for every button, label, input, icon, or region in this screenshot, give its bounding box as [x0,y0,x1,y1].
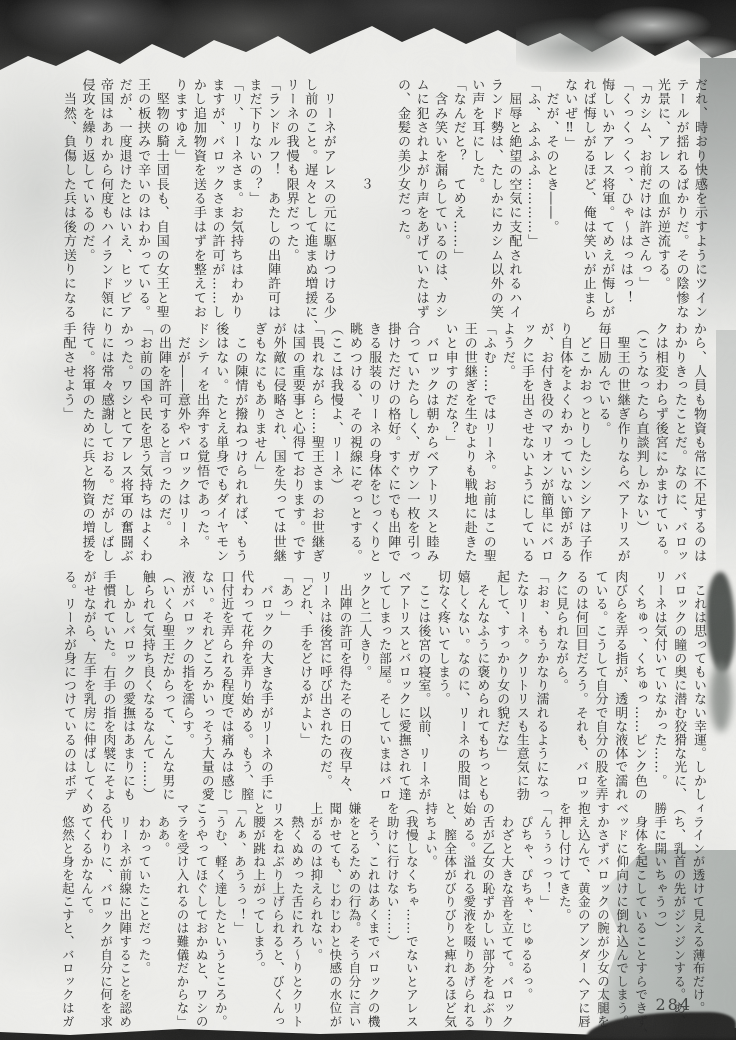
text-column: 「お前の国や民を思う気持ちはよくわ [135,322,154,570]
text-column: めてくるかなんて。 [77,802,96,1030]
text-column: と、膣全体がびりびりと痺れるほど気 [440,802,459,1030]
text-column: 聖王の世継ぎ作りならベアトリスが [612,322,631,570]
text-column: し前のこと。遅々として進まぬ増援に、 [300,78,319,326]
text-column: かし追加物資を送る手はずを整えてお [188,78,207,326]
text-column: 眺めつける、その視線にぞっとする。 [345,322,364,570]
text-column: そんなふうに褒められてもちっとも [472,570,492,802]
text-band-3: これは思ってもいない幸運。しかしバロックの瞳の奥に潜む狡猾な光に、リーネは気付い… [58,570,708,802]
text-column: 「カシム、お前だけは許さんっ」 [634,78,653,326]
text-column: い声を耳にした。 [467,78,486,326]
text-column: ようだ。 [498,322,517,570]
text-band-1: だれ、時おり快感を示すようにツインテールが揺れるばかりだ。その陰惨な光景に、アレ… [58,78,708,326]
text-column: 手慣れていた。右手の指を肉襞にそよ [98,570,118,802]
text-column: こうやってほぐしておかぬと、ワシの [192,802,211,1030]
text-column: 液がバロックの指を濡らす。 [176,570,196,802]
text-column: 出陣の許可を得たその日の夜早々、 [334,570,354,802]
text-column: 口付近を弄られる程度では痛みは感じ [216,570,236,802]
text-column: どこかおっとりしたシンシアは子作 [574,322,593,570]
text-column: 王の世継ぎを生むよりも戦地に赴きた [460,322,479,570]
text-column: 帝国はあれから何度もハイランド領に [95,78,114,326]
text-column: り自体をよくわかっていない節がある [555,322,574,570]
text-column: 「ランドルフ！ あたしの出陣許可は [263,78,282,326]
text-column: 肉びらを弄る指が、透明な液体で濡れ [610,570,630,802]
text-column: がせながら、左手を乳房に伸ばしてく [78,570,98,802]
text-column: りますゆえ」 [170,78,189,326]
text-column: だが、一度退けたとはいえ、ヒッピア [114,78,133,326]
text-column: 合っていたらしく、ガウン一枚を引っ [402,322,421,570]
text-column: 掛けただけの格好。すぐにでも出陣で [383,322,402,570]
text-column: 侵攻を繰り返しているのだ。 [77,78,96,326]
text-column: バロックの瞳の奥に潜む狡猾な光に、 [669,570,689,802]
text-column: 熱くぬめった舌にれろ〜りとクリト [288,802,307,1030]
right-edge-soft-blot [710,662,732,732]
text-band-4: ィラインが透けて見える薄布だけ。（ち、乳首の先がジンジンする。あ、勝手に開いちゃ… [58,802,708,1030]
text-column: ぎもなにもありません」 [249,322,268,570]
text-column: 屈辱と絶望の空気に支配されるハイ [504,78,523,326]
text-column: リーネが前線に出陣することを認め [116,802,135,1030]
page-number: 284 [655,995,692,1014]
text-column: 悔しいかアレス将軍。てめえが悔しが [597,78,616,326]
text-column: マラを受け入れるのは難儀だからな」 [173,802,192,1030]
text-column: リーネは気付いていなかった……。 [649,570,669,802]
text-column: バロックの大きな手がリーネの手に [255,570,275,802]
text-column: るのは何回目だろう。それも、バロッ [570,570,590,802]
text-column: の舌が乙女の恥ずかしい部分をねぶり [479,802,498,1030]
text-column: まだ下りないの？」 [244,78,263,326]
text-column: 含み笑いを漏らしているのは、カシ [430,78,449,326]
text-column: を押し付けてきた。 [555,802,574,1030]
text-column: わかっていたことだった。 [135,802,154,1030]
text-column: ムに犯されよがり声をあげていたはず [411,78,430,326]
text-column: 「うむ、軽く達したというところか。 [211,802,230,1030]
text-column [337,78,356,326]
text-column: この陳情が撥ねつけられれば、もう [230,322,249,570]
text-column: を助けに行けない……） [383,802,402,1030]
text-column: 「んぁ、あうぅっ！」 [230,802,249,1030]
text-column [374,78,393,326]
text-column: ックに手を出させないようにしている [517,322,536,570]
text-column: これは思ってもいない幸運。しかし [688,570,708,802]
text-column: る。リーネが身につけているのはボデ [58,570,78,802]
text-column: クは相変わらず後宮にかまけている。 [651,322,670,570]
text-column: テールが揺れるばかりだ。その陰惨な [671,78,690,326]
text-column: きる服装のリーネの身体をじっくりと [364,322,383,570]
text-column: 上がるのは抑えられない。 [307,802,326,1030]
text-column: わかりきったことだ。なのに、バロッ [670,322,689,570]
text-column: 「くっくっくっ、ひゃ〜はっはっ！ [615,78,634,326]
text-column: ますが、バロックさまの許可が……し [207,78,226,326]
text-column: 「ふ、ふふふふ…………」 [522,78,541,326]
text-column: だが、そのとき――。 [541,78,560,326]
text-column: （ここは我慢よ、リーネ） [326,322,345,570]
text-column: りには常々感謝しておる。だがしばし [97,322,116,570]
text-column: いと申すのだな？」 [440,322,459,570]
text-column: 抱え込んで、黄金のアンダーヘアに唇 [574,802,593,1030]
text-column: ないぜ‼」 [560,78,579,326]
text-column: リーネがアレスの元に駆けつける少 [318,78,337,326]
text-column: ドシティを出奔する覚悟であった。 [192,322,211,570]
text-column: 当然、負傷した兵は後方送りになる [58,78,77,326]
text-column: リーネの我慢も限界だった。 [281,78,300,326]
text-column: が外敵に侵略され、国を失っては世継 [268,322,287,570]
text-column: 「ふむ……ではリーネ。お前はこの聖 [479,322,498,570]
top-torn-edge [0,0,736,80]
text-column: 堅物の騎士団長も、自国の女王と聖 [151,78,170,326]
right-edge-dark-blot [707,572,735,672]
text-column: 「畏れながら……聖王さまのお世継ぎ [307,322,326,570]
text-column: が、お付き役のマリオンが簡単にバロ [536,322,555,570]
text-column: くちゅっ、くちゅっ……ピンク色の [629,570,649,802]
text-column: クに見られながら。 [551,570,571,802]
text-column: 切なく疼いてしまう。 [432,570,452,802]
text-column: 毎日励んでいる。 [593,322,612,570]
text-column: 身体を起こしていることすらできず、 [632,802,651,1030]
text-column: だが――意外やバロックはリーネ [173,322,192,570]
text-column: （こうなったら直談判しかない） [632,322,651,570]
text-column: ックと二人きり。 [354,570,374,802]
text-column: ここは後宮の寝室。以前、リーネが [413,570,433,802]
text-column: 「なんだと？ てめえ……」 [448,78,467,326]
text-column: 待て。将軍のために兵と物資の増援を [77,322,96,570]
text-column: 光景に、アレスの血が逆流する。 [652,78,671,326]
text-column: 聞かせても、じわじわと快感の水位が [326,802,345,1030]
text-column: すかさずバロックの腕が少女の太腿を [593,802,612,1030]
text-column: （我慢しなくちゃ……でないとアレス [402,802,421,1030]
text-column: ああ。 [154,802,173,1030]
text-column: の、金髪の美少女だった。 [392,78,411,326]
text-column: 始める。溢れる愛液を啜りあげられる [460,802,479,1030]
text-column: 起して、すっかり女の貌だな」 [491,570,511,802]
text-column: してしまった部屋。そしていまはバロ [373,570,393,802]
text-column: たなリーネ。クリトリスも生意気に勃 [511,570,531,802]
text-column: バロックは朝からベアトリスと睦み [421,322,440,570]
text-column: から、人員も物資も常に不足するのは [689,322,708,570]
text-column: 後はない。たとえ単身でもダイヤモン [211,322,230,570]
text-column: の出陣を許可すると言ったのだ。 [154,322,173,570]
text-column: ている。こうして自分で自分の股を弄 [590,570,610,802]
text-column: 「おぉ、もうかなり濡れるようになっ [531,570,551,802]
text-column: 「あっ」 [275,570,295,802]
text-column: れば悔しがるほど、俺は笑いが止まら [578,78,597,326]
text-band-2: から、人員も物資も常に不足するのはわかりきったことだ。なのに、バロックは相変わら… [58,322,708,570]
text-column: リーネは後宮に呼び出されたのだ。 [314,570,334,802]
text-column: かった。ワシとてアレス将軍の奮闘ぶ [116,322,135,570]
text-column: 悠然と身を起こすと、バロックはガ [58,802,77,1030]
text-column: ランド勢は、たしかにカシム以外の笑 [485,78,504,326]
text-column: （いくら聖王だからって、こんな男に [157,570,177,802]
text-column: ぴちゃ、ぴちゃ、じゅるるっ。 [517,802,536,1030]
text-column: だれ、時おり快感を示すようにツイン [689,78,708,326]
text-column: ３ [355,78,374,326]
text-column: と腰が跳ね上がってしまう。 [249,802,268,1030]
text-column: 代わって花弁を弄り始める。もう、膣 [236,570,256,802]
text-column: 持ちよい。 [421,802,440,1030]
text-column: 「どれ、手をどけるがよい」 [295,570,315,802]
text-column: 嬉しくない。なのに、リーネの股間は [452,570,472,802]
text-column: 「リ、リーネさま。お気持ちはわかり [225,78,244,326]
text-column: 嫌をとるための行為。そう自分に言い [345,802,364,1030]
text-column: しかしバロックの愛撫はあまりにも [117,570,137,802]
text-column: 手配させよう」 [58,322,77,570]
text-column: わざと大きな音を立てて。バロック [498,802,517,1030]
text-column: る代わりに、バロックが自分に何を求 [97,802,116,1030]
text-column: ベアトリスとバロックに愛撫されて達 [393,570,413,802]
novel-page: { "page": { "number": "284" }, "colors":… [0,0,736,1040]
right-edge-shadow-mid [716,330,736,580]
text-column: リスをねぶり上げられると、びくんっ [268,802,287,1030]
text-column: は国の重要事と心得ております。です [288,322,307,570]
text-column: 王の板挟みで辛いのはわかっている。 [133,78,152,326]
text-column: 触られて気持ち良くなるなんて……） [137,570,157,802]
text-column: 「んぅぅっっ！」 [536,802,555,1030]
text-column: ない。それどころかいっそう大量の愛 [196,570,216,802]
text-column: ベッドに仰向けに倒れ込んでしまう。 [612,802,631,1030]
text-column: そう、これはあくまでバロックの機 [364,802,383,1030]
